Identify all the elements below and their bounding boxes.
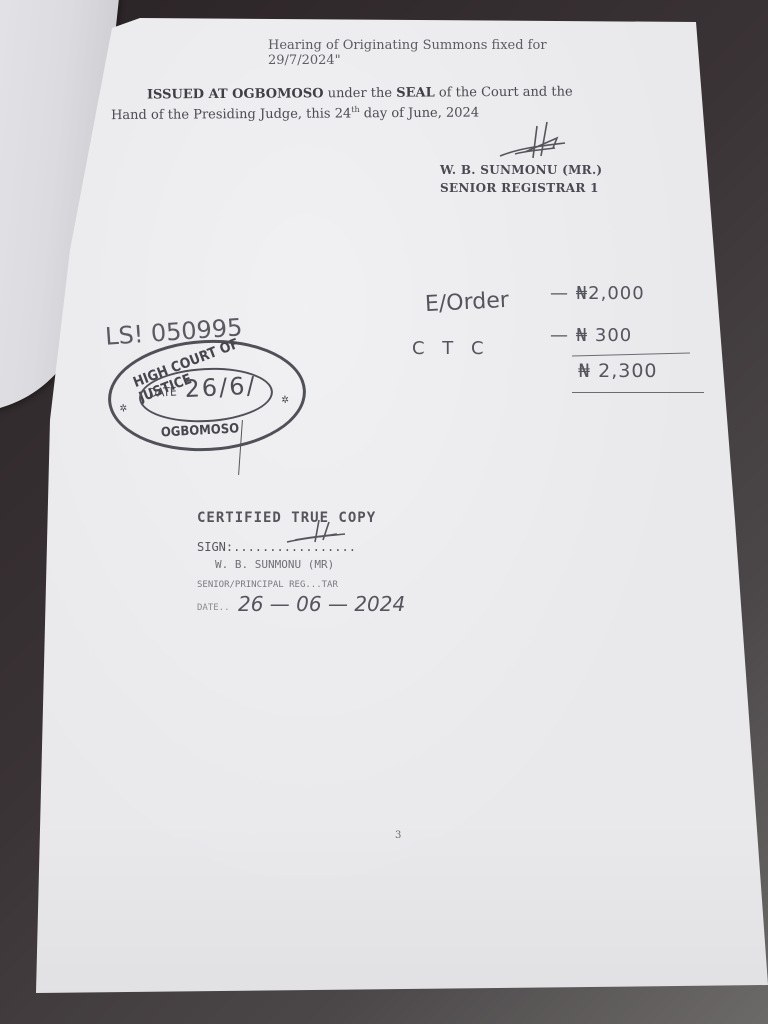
document-page: Hearing of Originating Summons fixed for… (0, 0, 768, 1024)
high-court-seal-stamp: HIGH COURT OF JUSTICE DATE 26/6/ OGBOMOS… (105, 335, 309, 456)
hearing-notice: Hearing of Originating Summons fixed for… (268, 38, 547, 68)
certifier-signature-icon (285, 518, 355, 548)
registrar-block: W. B. SUNMONU (MR.) SENIOR REGISTRAR 1 (440, 161, 602, 197)
star-icon: ✲ (119, 403, 127, 414)
star-icon: ✲ (281, 395, 289, 406)
page-number: 3 (395, 830, 401, 841)
registrar-signature-icon (495, 118, 575, 163)
